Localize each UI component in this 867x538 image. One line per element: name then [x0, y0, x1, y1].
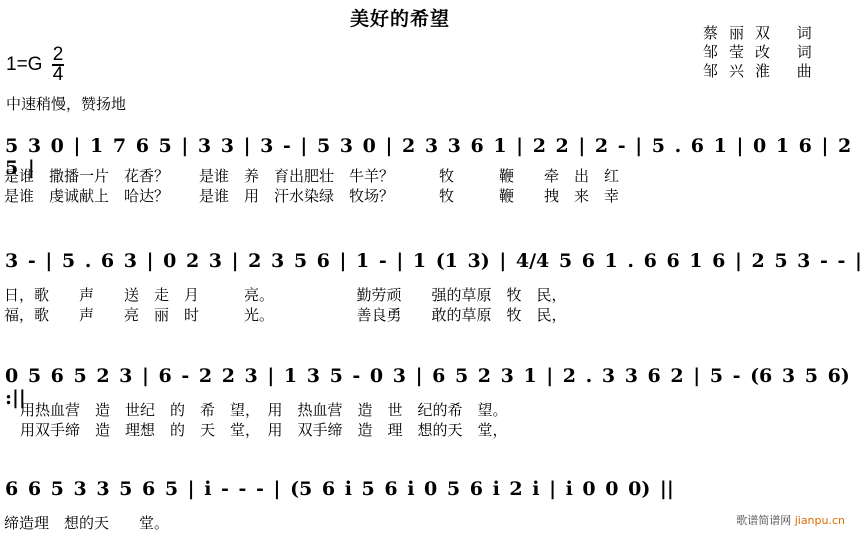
credit-lyricist-2: 邹莹改 词 [703, 43, 823, 62]
notation-line: 6 6 5 3 3 5 6 5 | i - - - | (5 6 i 5 6 i… [5, 478, 674, 500]
watermark: 歌谱简谱网 jianpu.cn [736, 512, 845, 528]
score-row-3: 0 5 6 5 2 3 | 6 - 2 2 3 | 1 3 5 - 0 3 | … [0, 365, 867, 450]
notation-line: 3 - | 5 . 6 3 | 0 2 3 | 2 3 5 6 | 1 - | … [5, 250, 862, 272]
lyrics-verse-2: 是谁 虔诚献上 哈达？ 是谁 用 汗水染绿 牧场？ 牧 鞭 拽 来 幸 [4, 185, 619, 206]
lyrics-verse-1: 用热血营 造 世纪 的 希 望， 用 热血营 造 世 纪的希 望。 [20, 399, 508, 420]
score-row-1: 5 3 0 | 1 7 6 5 | 3 3 | 3 - | 5 3 0 | 2 … [0, 135, 867, 220]
credits: 蔡丽双 词 邹莹改 词 邹兴淮 曲 [703, 24, 823, 81]
score-row-2: 3 - | 5 . 6 3 | 0 2 3 | 2 3 5 6 | 1 - | … [0, 250, 867, 335]
lyrics-verse-2: 福，歌 声 亮 丽 时 光。 善良勇 敢的草原 牧 民， [4, 304, 567, 325]
credit-composer: 邹兴淮 曲 [703, 62, 823, 81]
lyrics-verse-1: 缔造理 想的天 堂。 [4, 512, 169, 533]
lyrics-verse-1: 日，歌 声 送 走 月 亮。 勤劳顽 强的草原 牧 民， [4, 284, 567, 305]
credit-lyricist-1: 蔡丽双 词 [703, 24, 823, 43]
lyrics-verse-2: 用双手缔 造 理想 的 天 堂， 用 双手缔 造 理 想的天 堂， [20, 419, 508, 440]
time-signature: 2 4 [52, 46, 65, 84]
score-row-4: 6 6 5 3 3 5 6 5 | i - - - | (5 6 i 5 6 i… [0, 478, 867, 538]
key-signature: 1=G 2 4 [6, 46, 64, 84]
tempo-marking: 中速稍慢，赞扬地 [6, 93, 126, 114]
lyrics-verse-1: 是谁 撒播一片 花香？ 是谁 养 育出肥壮 牛羊？ 牧 鞭 牵 出 红 [4, 165, 619, 186]
song-title: 美好的希望 [350, 4, 450, 31]
